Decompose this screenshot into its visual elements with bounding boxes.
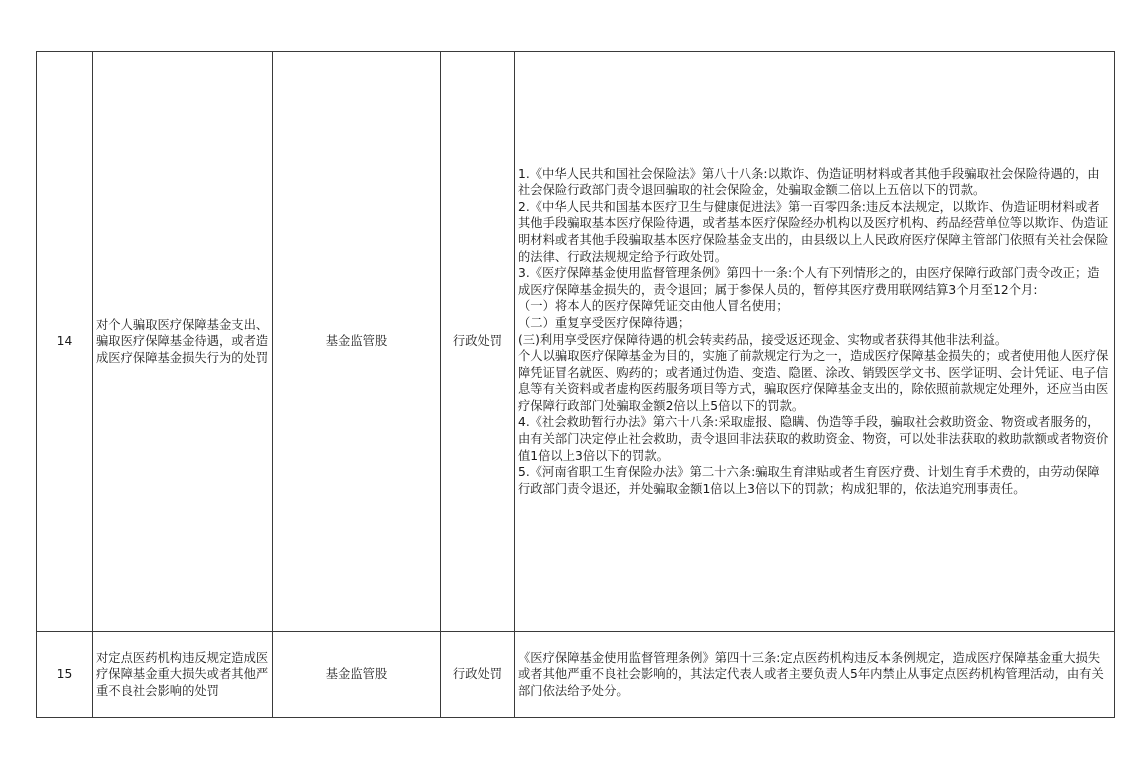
table-row: 14 对个人骗取医疗保障基金支出、骗取医疗保障基金待遇，或者造成医疗保障基金损失… — [37, 52, 1115, 632]
item-type: 行政处罚 — [441, 632, 515, 718]
row-number: 15 — [37, 632, 93, 718]
basis-paragraph: 1.《中华人民共和国社会保险法》第八十八条:以欺诈、伪造证明材料或者其他手段骗取… — [518, 166, 1111, 199]
basis-paragraph: (三)利用享受医疗保障待遇的机会转卖药品，接受返还现金、实物或者获得其他非法利益… — [518, 332, 1111, 349]
basis-paragraph: 5.《河南省职工生育保险办法》第二十六条:骗取生育津贴或者生育医疗费、计划生育手… — [518, 464, 1111, 497]
basis-paragraph: 4.《社会救助暂行办法》第六十八条:采取虚报、隐瞒、伪造等手段，骗取社会救助资金… — [518, 414, 1111, 464]
basis-paragraph: 《医疗保障基金使用监督管理条例》第四十三条:定点医药机构违反本条例规定，造成医疗… — [518, 650, 1111, 700]
item-name: 对定点医药机构违反规定造成医疗保障基金重大损失或者其他严重不良社会影响的处罚 — [93, 632, 273, 718]
legal-basis: 1.《中华人民共和国社会保险法》第八十八条:以欺诈、伪造证明材料或者其他手段骗取… — [515, 52, 1115, 632]
penalty-items-table: 14 对个人骗取医疗保障基金支出、骗取医疗保障基金待遇，或者造成医疗保障基金损失… — [36, 51, 1115, 718]
table-row: 15 对定点医药机构违反规定造成医疗保障基金重大损失或者其他严重不良社会影响的处… — [37, 632, 1115, 718]
item-name: 对个人骗取医疗保障基金支出、骗取医疗保障基金待遇，或者造成医疗保障基金损失行为的… — [93, 52, 273, 632]
basis-paragraph: （一）将本人的医疗保障凭证交由他人冒名使用； — [518, 298, 1111, 315]
basis-paragraph: 3.《医疗保障基金使用监督管理条例》第四十一条:个人有下列情形之的，由医疗保障行… — [518, 265, 1111, 298]
department: 基金监管股 — [273, 52, 441, 632]
item-type: 行政处罚 — [441, 52, 515, 632]
legal-basis: 《医疗保障基金使用监督管理条例》第四十三条:定点医药机构违反本条例规定，造成医疗… — [515, 632, 1115, 718]
department: 基金监管股 — [273, 632, 441, 718]
basis-paragraph: （二）重复享受医疗保障待遇； — [518, 315, 1111, 332]
basis-paragraph: 个人以骗取医疗保障基金为目的，实施了前款规定行为之一，造成医疗保障基金损失的；或… — [518, 348, 1111, 414]
basis-paragraph: 2.《中华人民共和国基本医疗卫生与健康促进法》第一百零四条:违反本法规定，以欺诈… — [518, 199, 1111, 265]
row-number: 14 — [37, 52, 93, 632]
